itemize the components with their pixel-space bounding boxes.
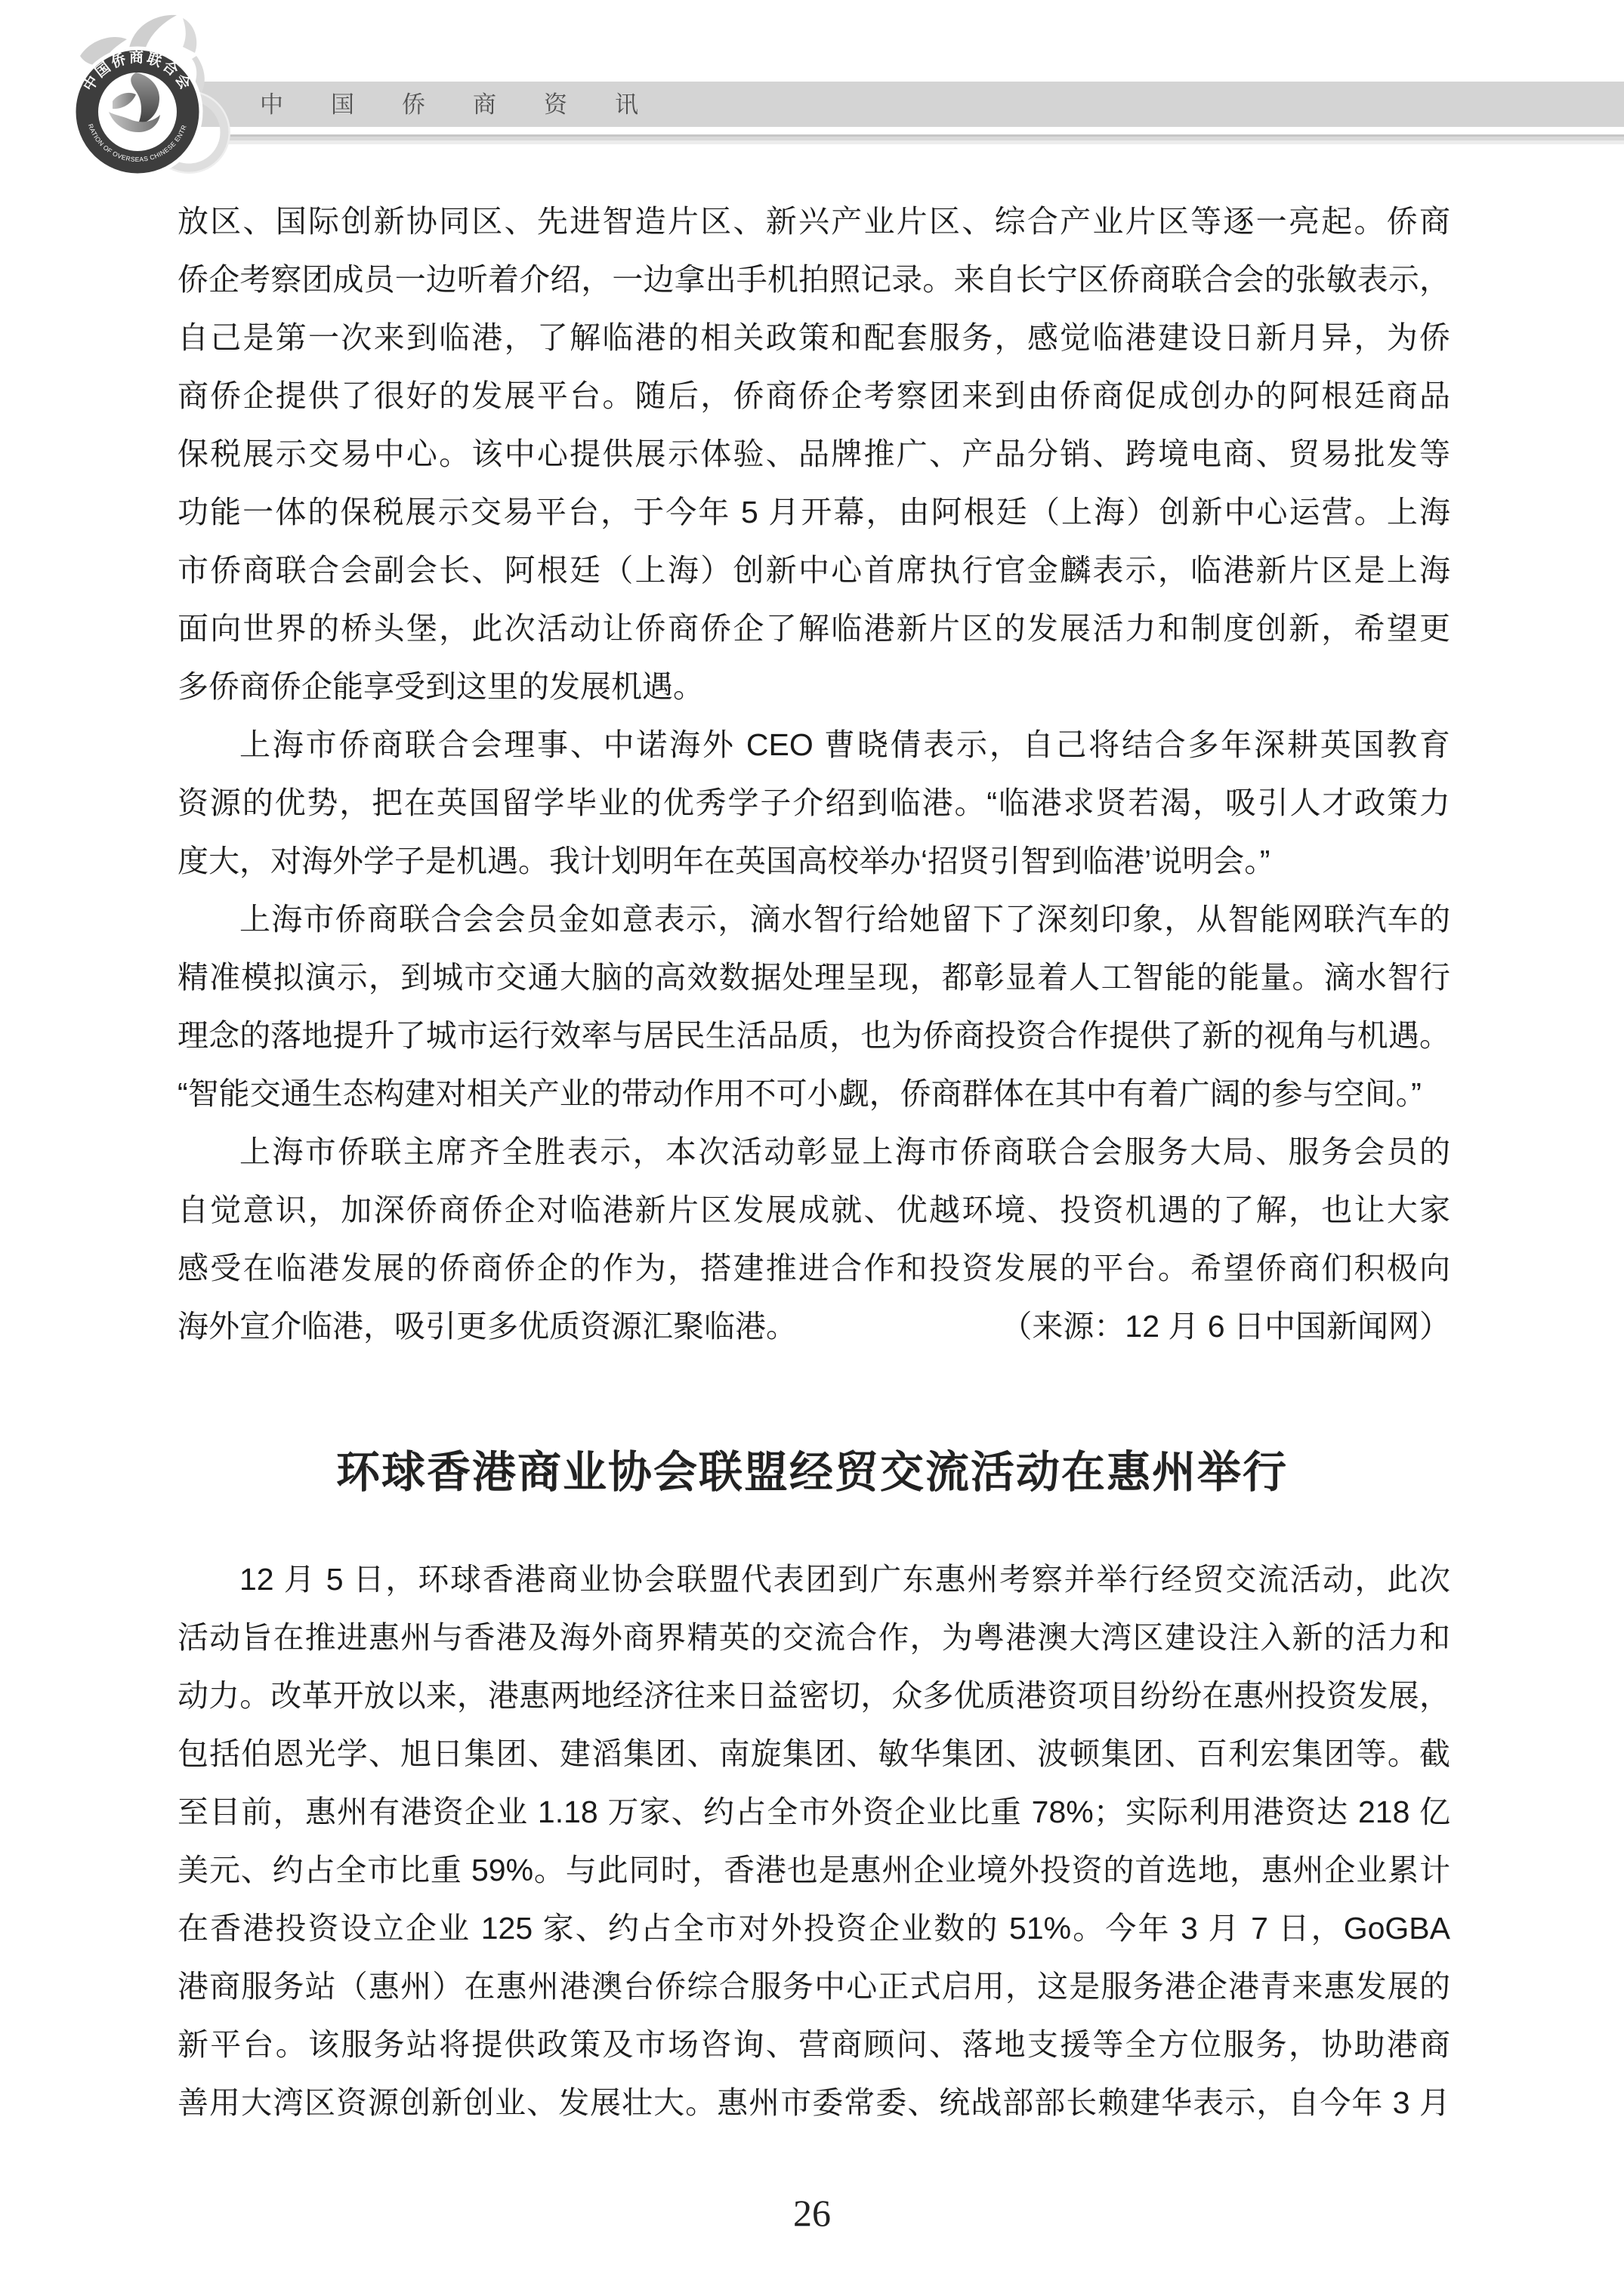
text-line: 动力。改革开放以来，港惠两地经济往来日益密切，众多优质港资项目纷纷在惠州投资发展…: [178, 1667, 1450, 1725]
text-line: 上海市侨商联合会会员金如意表示，滴水智行给她留下了深刻印象，从智能网联汽车的: [178, 890, 1450, 949]
text-line: 资源的优势，把在英国留学毕业的优秀学子介绍到临港。“临港求贤若渴，吸引人才政策力: [178, 774, 1450, 832]
text-line: 面向世界的桥头堡，此次活动让侨商侨企了解临港新片区的发展活力和制度创新，希望更: [178, 600, 1450, 658]
text-line: 精准模拟演示，到城市交通大脑的高效数据处理呈现，都彰显着人工智能的能量。滴水智行: [178, 949, 1450, 1007]
org-logo-graphic: 中国侨商联合会 CHINA FEDERATION OF OVERSEAS CHI…: [69, 9, 247, 187]
text-line: 美元、约占全市比重 59%。与此同时，香港也是惠州企业境外投资的首选地，惠州企业…: [178, 1841, 1450, 1900]
text-line: 功能一体的保税展示交易平台，于今年 5 月开幕，由阿根廷（上海）创新中心运营。上…: [178, 483, 1450, 542]
text-line: 在香港投资设立企业 125 家、约占全市对外投资企业数的 51%。今年 3 月 …: [178, 1900, 1450, 1958]
text-line: 市侨商联合会副会长、阿根廷（上海）创新中心首席执行官金麟表示，临港新片区是上海: [178, 542, 1450, 600]
closing-line-row: 海外宣介临港，吸引更多优质资源汇聚临港。 （来源：12 月 6 日中国新闻网）: [178, 1298, 1450, 1356]
header-banner-title: 中国侨商资讯: [260, 82, 686, 127]
text-line: 放区、国际创新协同区、先进智造片区、新兴产业片区、综合产业片区等逐一亮起。侨商: [178, 193, 1450, 251]
text-line: 感受在临港发展的侨商侨企的作为，搭建推进合作和投资发展的平台。希望侨商们积极向: [178, 1239, 1450, 1298]
text-line: 上海市侨联主席齐全胜表示，本次活动彰显上海市侨商联合会服务大局、服务会员的: [178, 1123, 1450, 1181]
text-line: 12 月 5 日，环球香港商业协会联盟代表团到广东惠州考察并举行经贸交流活动，此…: [178, 1551, 1450, 1609]
article-1-body: 放区、国际创新协同区、先进智造片区、新兴产业片区、综合产业片区等逐一亮起。侨商侨…: [178, 193, 1450, 1298]
article-2-body: 12 月 5 日，环球香港商业协会联盟代表团到广东惠州考察并举行经贸交流活动，此…: [178, 1551, 1450, 2132]
text-line: 侨企考察团成员一边听着介绍，一边拿出手机拍照记录。来自长宁区侨商联合会的张敏表示…: [178, 251, 1450, 309]
page-number: 26: [0, 2190, 1624, 2236]
text-line: 自觉意识，加深侨商侨企对临港新片区发展成就、优越环境、投资机遇的了解，也让大家: [178, 1181, 1450, 1239]
header-stripe: [225, 134, 1624, 144]
text-line: 活动旨在推进惠州与香港及海外商界精英的交流合作，为粤港澳大湾区建设注入新的活力和: [178, 1609, 1450, 1667]
header-band: 中国侨商资讯: [198, 82, 1624, 127]
text-line: 保税展示交易中心。该中心提供展示体验、品牌推广、产品分销、跨境电商、贸易批发等: [178, 425, 1450, 483]
text-line: 包括伯恩光学、旭日集团、建滔集团、南旋集团、敏华集团、波顿集团、百利宏集团等。截: [178, 1725, 1450, 1783]
text-line: 度大，对海外学子是机遇。我计划明年在英国高校举办‘招贤引智到临港’说明会。”: [178, 832, 1450, 890]
text-line: 自己是第一次来到临港，了解临港的相关政策和配套服务，感觉临港建设日新月异，为侨: [178, 309, 1450, 367]
text-line: 至目前，惠州有港资企业 1.18 万家、约占全市外资企业比重 78%；实际利用港…: [178, 1783, 1450, 1841]
text-line: 新平台。该服务站将提供政策及市场咨询、营商顾问、落地支援等全方位服务，协助港商: [178, 2016, 1450, 2074]
source-attribution: （来源：12 月 6 日中国新闻网）: [1001, 1298, 1450, 1356]
text-line: 多侨商侨企能享受到这里的发展机遇。: [178, 658, 1450, 716]
page: 中国侨商资讯: [0, 0, 1624, 2293]
text-line: “智能交通生态构建对相关产业的带动作用不可小觑，侨商群体在其中有着广阔的参与空间…: [178, 1065, 1450, 1123]
org-logo: 中国侨商联合会 CHINA FEDERATION OF OVERSEAS CHI…: [69, 9, 247, 187]
text-line: 港商服务站（惠州）在惠州港澳台侨综合服务中心正式启用，这是服务港企港青来惠发展的: [178, 1958, 1450, 2016]
text-line: 上海市侨商联合会理事、中诺海外 CEO 曹晓倩表示，自己将结合多年深耕英国教育: [178, 716, 1450, 774]
closing-line-text: 海外宣介临港，吸引更多优质资源汇聚临港。: [178, 1298, 797, 1356]
text-line: 理念的落地提升了城市运行效率与居民生活品质，也为侨商投资合作提供了新的视角与机遇…: [178, 1007, 1450, 1065]
text-line: 商侨企提供了很好的发展平台。随后，侨商侨企考察团来到由侨商促成创办的阿根廷商品: [178, 367, 1450, 425]
article-2-title: 环球香港商业协会联盟经贸交流活动在惠州举行: [0, 1434, 1624, 1512]
text-line: 善用大湾区资源创新创业、发展壮大。惠州市委常委、统战部部长赖建华表示，自今年 3…: [178, 2074, 1450, 2132]
